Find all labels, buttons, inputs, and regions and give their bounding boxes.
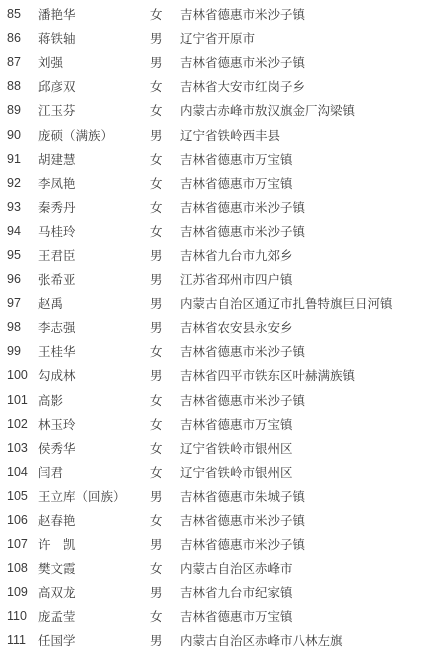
gender: 男 — [150, 535, 180, 553]
gender: 男 — [150, 631, 180, 649]
location: 吉林省德惠市万宝镇 — [180, 174, 425, 192]
gender: 男 — [150, 270, 180, 288]
person-name: 秦秀丹 — [38, 198, 150, 216]
table-row: 93 秦秀丹 女 吉林省德惠市米沙子镇 — [0, 195, 425, 219]
table-row: 111 任国学 男 内蒙古自治区赤峰市八林左旗 — [0, 628, 425, 652]
gender: 男 — [150, 366, 180, 384]
gender: 男 — [150, 294, 180, 312]
row-number: 99 — [0, 344, 38, 358]
table-row: 91 胡建慧 女 吉林省德惠市万宝镇 — [0, 147, 425, 171]
gender: 男 — [150, 318, 180, 336]
person-name: 高影 — [38, 391, 150, 409]
person-name: 林玉玲 — [38, 415, 150, 433]
location: 吉林省农安县永安乡 — [180, 318, 425, 336]
gender: 男 — [150, 583, 180, 601]
location: 辽宁省铁岭西丰县 — [180, 126, 425, 144]
row-number: 96 — [0, 272, 38, 286]
gender: 男 — [150, 487, 180, 505]
table-row: 107 许 凯 男 吉林省德惠市米沙子镇 — [0, 532, 425, 556]
gender: 女 — [150, 222, 180, 240]
location: 辽宁省铁岭市银州区 — [180, 463, 425, 481]
table-row: 108 樊文霞 女 内蒙古自治区赤峰市 — [0, 556, 425, 580]
row-number: 85 — [0, 7, 38, 21]
row-number: 109 — [0, 585, 38, 599]
person-name: 李志强 — [38, 318, 150, 336]
person-name: 勾成林 — [38, 366, 150, 384]
location: 吉林省德惠市万宝镇 — [180, 607, 425, 625]
row-number: 97 — [0, 296, 38, 310]
table-row: 86 蒋铁轴 男 辽宁省开原市 — [0, 26, 425, 50]
person-name: 王桂华 — [38, 342, 150, 360]
table-row: 95 王君臣 男 吉林省九台市九郊乡 — [0, 243, 425, 267]
location: 吉林省九台市九郊乡 — [180, 246, 425, 264]
table-row: 96 张希亚 男 江苏省邳州市四户镇 — [0, 267, 425, 291]
person-name: 刘强 — [38, 53, 150, 71]
row-number: 98 — [0, 320, 38, 334]
row-number: 88 — [0, 79, 38, 93]
gender: 女 — [150, 77, 180, 95]
gender: 女 — [150, 342, 180, 360]
table-row: 94 马桂玲 女 吉林省德惠市米沙子镇 — [0, 219, 425, 243]
person-name: 江玉芬 — [38, 101, 150, 119]
table-row: 90 庞硕（满族） 男 辽宁省铁岭西丰县 — [0, 122, 425, 146]
row-number: 91 — [0, 152, 38, 166]
location: 吉林省九台市纪家镇 — [180, 583, 425, 601]
table-row: 89 江玉芬 女 内蒙古赤峰市敖汉旗金厂沟梁镇 — [0, 98, 425, 122]
row-number: 111 — [0, 633, 38, 647]
gender: 女 — [150, 607, 180, 625]
gender: 女 — [150, 463, 180, 481]
gender: 女 — [150, 439, 180, 457]
location: 内蒙古赤峰市敖汉旗金厂沟梁镇 — [180, 101, 425, 119]
location: 吉林省德惠市米沙子镇 — [180, 511, 425, 529]
name-list: 85 潘艳华 女 吉林省德惠市米沙子镇 86 蒋铁轴 男 辽宁省开原市 87 刘… — [0, 2, 425, 653]
location: 辽宁省铁岭市银州区 — [180, 439, 425, 457]
person-name: 任国学 — [38, 631, 150, 649]
row-number: 95 — [0, 248, 38, 262]
table-row: 105 王立库（回族） 男 吉林省德惠市朱城子镇 — [0, 484, 425, 508]
table-row: 104 闫君 女 辽宁省铁岭市银州区 — [0, 460, 425, 484]
row-number: 94 — [0, 224, 38, 238]
person-name: 樊文霞 — [38, 559, 150, 577]
gender: 男 — [150, 246, 180, 264]
row-number: 89 — [0, 103, 38, 117]
table-row: 102 林玉玲 女 吉林省德惠市万宝镇 — [0, 412, 425, 436]
location: 吉林省四平市铁东区叶赫满族镇 — [180, 366, 425, 384]
gender: 女 — [150, 5, 180, 23]
table-row: 110 庞孟莹 女 吉林省德惠市万宝镇 — [0, 604, 425, 628]
row-number: 106 — [0, 513, 38, 527]
person-name: 闫君 — [38, 463, 150, 481]
person-name: 高双龙 — [38, 583, 150, 601]
table-row: 106 赵春艳 女 吉林省德惠市米沙子镇 — [0, 508, 425, 532]
row-number: 108 — [0, 561, 38, 575]
gender: 女 — [150, 150, 180, 168]
location: 吉林省德惠市米沙子镇 — [180, 535, 425, 553]
row-number: 110 — [0, 609, 38, 623]
table-row: 97 赵禹 男 内蒙古自治区通辽市扎鲁特旗巨日河镇 — [0, 291, 425, 315]
gender: 男 — [150, 29, 180, 47]
person-name: 赵春艳 — [38, 511, 150, 529]
person-name: 蒋铁轴 — [38, 29, 150, 47]
row-number: 93 — [0, 200, 38, 214]
row-number: 100 — [0, 368, 38, 382]
location: 江苏省邳州市四户镇 — [180, 270, 425, 288]
location: 吉林省德惠市朱城子镇 — [180, 487, 425, 505]
gender: 女 — [150, 391, 180, 409]
table-row: 100 勾成林 男 吉林省四平市铁东区叶赫满族镇 — [0, 363, 425, 387]
gender: 女 — [150, 198, 180, 216]
location: 吉林省德惠市米沙子镇 — [180, 5, 425, 23]
table-row: 92 李凤艳 女 吉林省德惠市万宝镇 — [0, 171, 425, 195]
person-name: 侯秀华 — [38, 439, 150, 457]
row-number: 104 — [0, 465, 38, 479]
document-page: 85 潘艳华 女 吉林省德惠市米沙子镇 86 蒋铁轴 男 辽宁省开原市 87 刘… — [0, 0, 425, 665]
row-number: 92 — [0, 176, 38, 190]
row-number: 87 — [0, 55, 38, 69]
gender: 女 — [150, 415, 180, 433]
table-row: 88 邱彦双 女 吉林省大安市红岗子乡 — [0, 74, 425, 98]
row-number: 107 — [0, 537, 38, 551]
person-name: 庞硕（满族） — [38, 126, 150, 144]
table-row: 85 潘艳华 女 吉林省德惠市米沙子镇 — [0, 2, 425, 26]
row-number: 105 — [0, 489, 38, 503]
person-name: 张希亚 — [38, 270, 150, 288]
location: 辽宁省开原市 — [180, 29, 425, 47]
table-row: 109 高双龙 男 吉林省九台市纪家镇 — [0, 580, 425, 604]
row-number: 101 — [0, 393, 38, 407]
person-name: 胡建慧 — [38, 150, 150, 168]
table-row: 103 侯秀华 女 辽宁省铁岭市银州区 — [0, 436, 425, 460]
person-name: 赵禹 — [38, 294, 150, 312]
location: 吉林省德惠市米沙子镇 — [180, 391, 425, 409]
row-number: 86 — [0, 31, 38, 45]
table-row: 99 王桂华 女 吉林省德惠市米沙子镇 — [0, 339, 425, 363]
location: 吉林省德惠市米沙子镇 — [180, 342, 425, 360]
location: 内蒙古自治区赤峰市八林左旗 — [180, 631, 425, 649]
person-name: 王立库（回族） — [38, 487, 150, 505]
gender: 女 — [150, 101, 180, 119]
person-name: 庞孟莹 — [38, 607, 150, 625]
row-number: 90 — [0, 128, 38, 142]
location: 吉林省德惠市米沙子镇 — [180, 198, 425, 216]
location: 吉林省德惠市万宝镇 — [180, 415, 425, 433]
gender: 女 — [150, 174, 180, 192]
person-name: 王君臣 — [38, 246, 150, 264]
location: 内蒙古自治区通辽市扎鲁特旗巨日河镇 — [180, 294, 425, 312]
person-name: 李凤艳 — [38, 174, 150, 192]
table-row: 98 李志强 男 吉林省农安县永安乡 — [0, 315, 425, 339]
row-number: 103 — [0, 441, 38, 455]
person-name: 马桂玲 — [38, 222, 150, 240]
table-row: 101 高影 女 吉林省德惠市米沙子镇 — [0, 388, 425, 412]
location: 吉林省德惠市米沙子镇 — [180, 222, 425, 240]
location: 吉林省德惠市米沙子镇 — [180, 53, 425, 71]
location: 吉林省德惠市万宝镇 — [180, 150, 425, 168]
location: 内蒙古自治区赤峰市 — [180, 559, 425, 577]
gender: 女 — [150, 559, 180, 577]
person-name: 许 凯 — [38, 535, 150, 553]
gender: 男 — [150, 53, 180, 71]
gender: 男 — [150, 126, 180, 144]
row-number: 102 — [0, 417, 38, 431]
person-name: 潘艳华 — [38, 5, 150, 23]
person-name: 邱彦双 — [38, 77, 150, 95]
location: 吉林省大安市红岗子乡 — [180, 77, 425, 95]
table-row: 87 刘强 男 吉林省德惠市米沙子镇 — [0, 50, 425, 74]
gender: 女 — [150, 511, 180, 529]
